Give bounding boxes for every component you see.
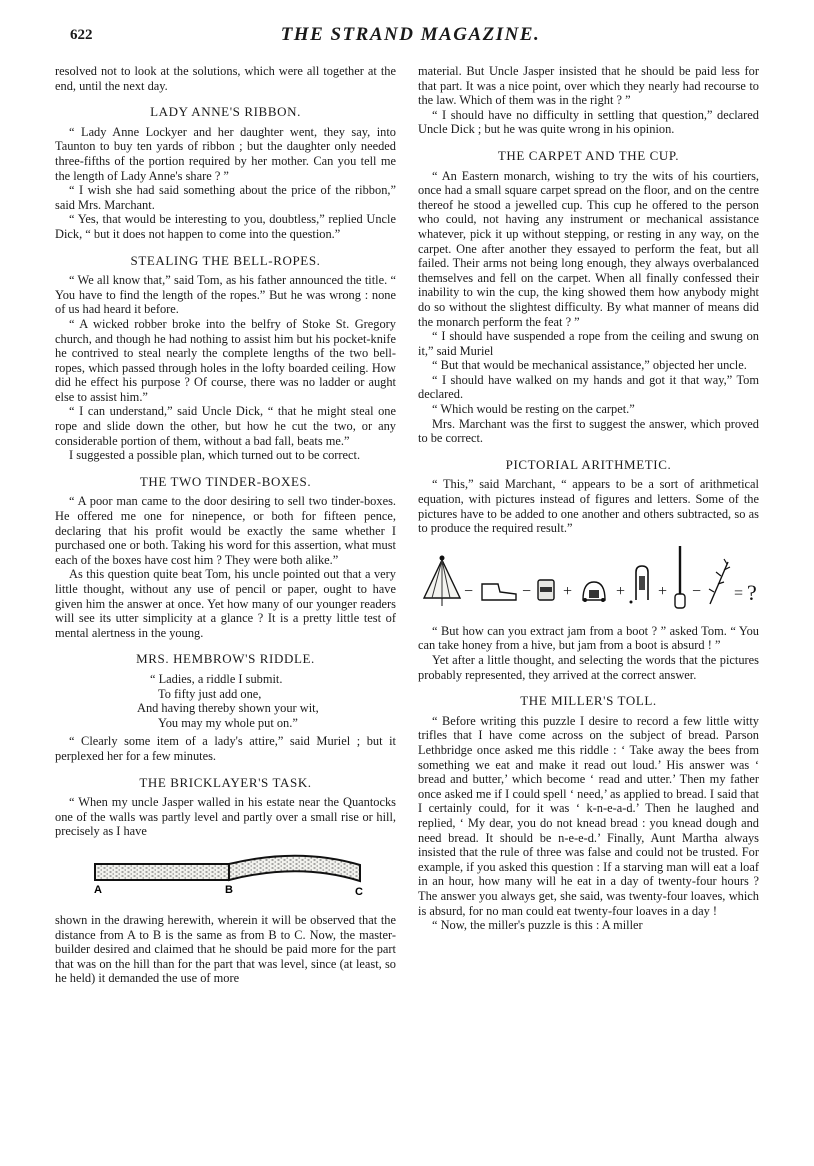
bell-icon: [583, 582, 605, 602]
operator: −: [522, 583, 531, 600]
paragraph: “ I should have no difficulty in settlin…: [418, 108, 759, 137]
verse-line: And having thereby shown your wit,: [55, 701, 396, 716]
svg-text:C: C: [355, 886, 363, 898]
paragraph: “ I should have suspended a rope from th…: [418, 329, 759, 358]
paragraph: Mrs. Marchant was the first to suggest t…: [418, 417, 759, 446]
section-title-stealing-the-bell-ropes: STEALING THE BELL-ROPES.: [55, 254, 396, 269]
tap-icon: [630, 566, 649, 604]
sprig-icon: [709, 559, 730, 604]
paragraph: “ Now, the miller's puzzle is this : A m…: [418, 918, 759, 933]
paragraph: shown in the drawing herewith, wherein i…: [55, 913, 396, 986]
paragraph: “ But that would be mechanical assistanc…: [418, 358, 759, 373]
operator: +: [658, 583, 667, 600]
verse-line: You may my whole put on.”: [55, 716, 396, 731]
hive-icon: [424, 555, 460, 606]
page-header: 622 THE STRAND MAGAZINE.: [55, 22, 766, 48]
section-title-two-tinder-boxes: THE TWO TINDER-BOXES.: [55, 475, 396, 490]
wall-illustration-icon: A B C: [55, 847, 396, 905]
paragraph: “ Which would be resting on the carpet.”: [418, 402, 759, 417]
verse-line: “ Ladies, a riddle I submit.: [55, 672, 396, 687]
paragraph: Yet after a little thought, and selectin…: [418, 653, 759, 682]
paragraph: “ Before writing this puzzle I desire to…: [418, 714, 759, 918]
paragraph: “ Yes, that would be interesting to you,…: [55, 212, 396, 241]
paragraph: “ Lady Anne Lockyer and her daughter wen…: [55, 125, 396, 183]
opening-paragraph: resolved not to look at the solutions, w…: [55, 64, 396, 93]
right-column: material. But Uncle Jasper insisted that…: [418, 64, 759, 933]
section-title-millers-toll: THE MILLER'S TOLL.: [418, 694, 759, 709]
paragraph: “ Clearly some item of a lady's attire,”…: [55, 734, 396, 763]
operator: −: [692, 583, 701, 600]
operator: +: [563, 583, 572, 600]
svg-text:A: A: [94, 884, 102, 896]
magazine-title: THE STRAND MAGAZINE.: [55, 24, 766, 46]
operator: −: [464, 583, 473, 600]
paragraph: “ I can understand,” said Uncle Dick, “ …: [55, 404, 396, 448]
left-column: resolved not to look at the solutions, w…: [55, 64, 396, 986]
section-title-lady-annes-ribbon: LADY ANNE'S RIBBON.: [55, 105, 396, 120]
paragraph: “ But how can you extract jam from a boo…: [418, 624, 759, 653]
pictorial-equation: − − + + + − = ?: [418, 542, 759, 616]
section-title-bricklayers-task: THE BRICKLAYER'S TASK.: [55, 776, 396, 791]
paragraph: “ A wicked robber broke into the belfry …: [55, 317, 396, 405]
paragraph: “ This,” said Marchant, “ appears to be …: [418, 477, 759, 535]
wall-diagram: A B C: [55, 847, 396, 905]
paragraph: “ An Eastern monarch, wishing to try the…: [418, 169, 759, 330]
operator: +: [616, 583, 625, 600]
jar-icon: [538, 580, 554, 600]
paragraph: material. But Uncle Jasper insisted that…: [418, 64, 759, 108]
section-title-mrs-hembrows-riddle: MRS. HEMBROW'S RIDDLE.: [55, 652, 396, 667]
verse-line: To fifty just add one,: [55, 687, 396, 702]
operator: =: [734, 585, 743, 602]
paragraph: I suggested a possible plan, which turne…: [55, 448, 396, 463]
paragraph: “ When my uncle Jasper walled in his est…: [55, 795, 396, 839]
svg-text:B: B: [225, 884, 233, 896]
boot-icon: [482, 584, 516, 600]
section-title-carpet-and-cup: THE CARPET AND THE CUP.: [418, 149, 759, 164]
paragraph: “ I wish she had said something about th…: [55, 183, 396, 212]
equation-result: ?: [747, 580, 757, 605]
paragraph: “ A poor man came to the door desiring t…: [55, 494, 396, 567]
section-title-pictorial-arithmetic: PICTORIAL ARITHMETIC.: [418, 458, 759, 473]
paragraph: “ We all know that,” said Tom, as his fa…: [55, 273, 396, 317]
spade-icon: [675, 546, 685, 608]
paragraph: As this question quite beat Tom, his unc…: [55, 567, 396, 640]
paragraph: “ I should have walked on my hands and g…: [418, 373, 759, 402]
riddle-verse: “ Ladies, a riddle I submit. To fifty ju…: [55, 672, 396, 730]
